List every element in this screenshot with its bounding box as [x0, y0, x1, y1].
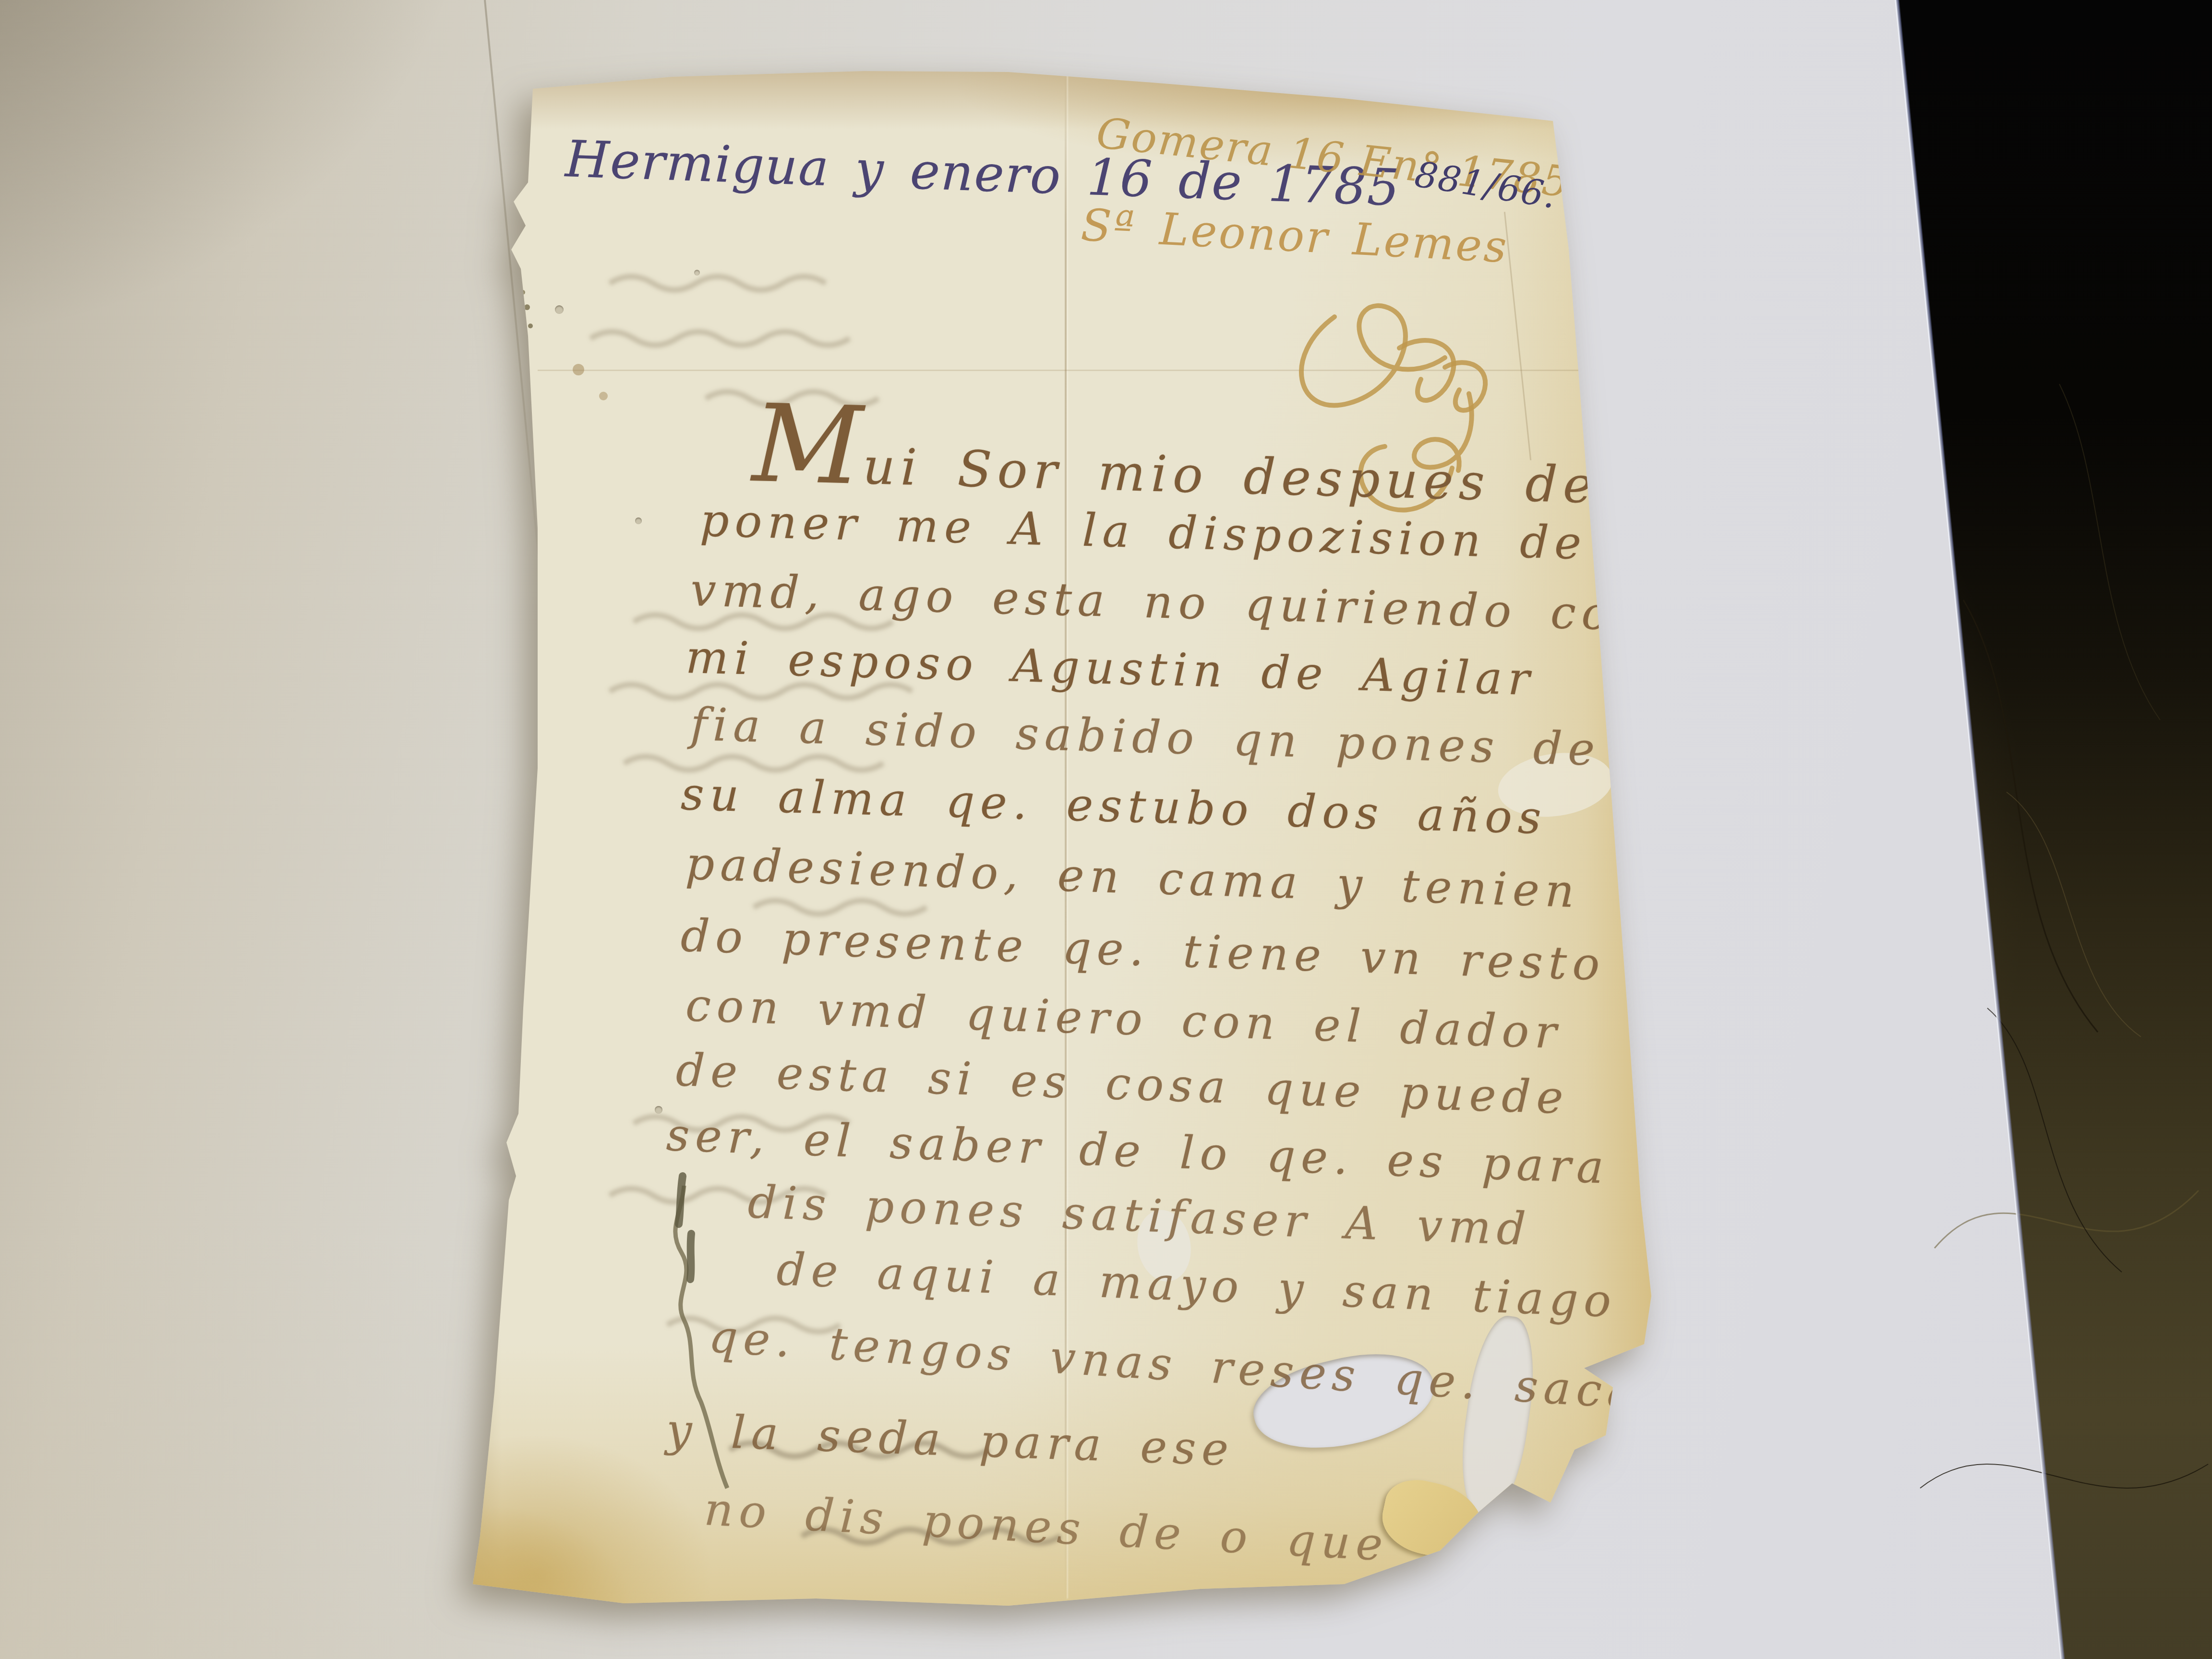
table-scratches [1891, 0, 2212, 1659]
archival-photo-scene: Hermigua y enero 16 de 1785 Gomera 16 En… [0, 0, 2212, 1659]
letter-paper-wrap: Hermigua y enero 16 de 1785 Gomera 16 En… [466, 67, 1656, 1623]
letter-paper: Hermigua y enero 16 de 1785 Gomera 16 En… [466, 67, 1656, 1623]
